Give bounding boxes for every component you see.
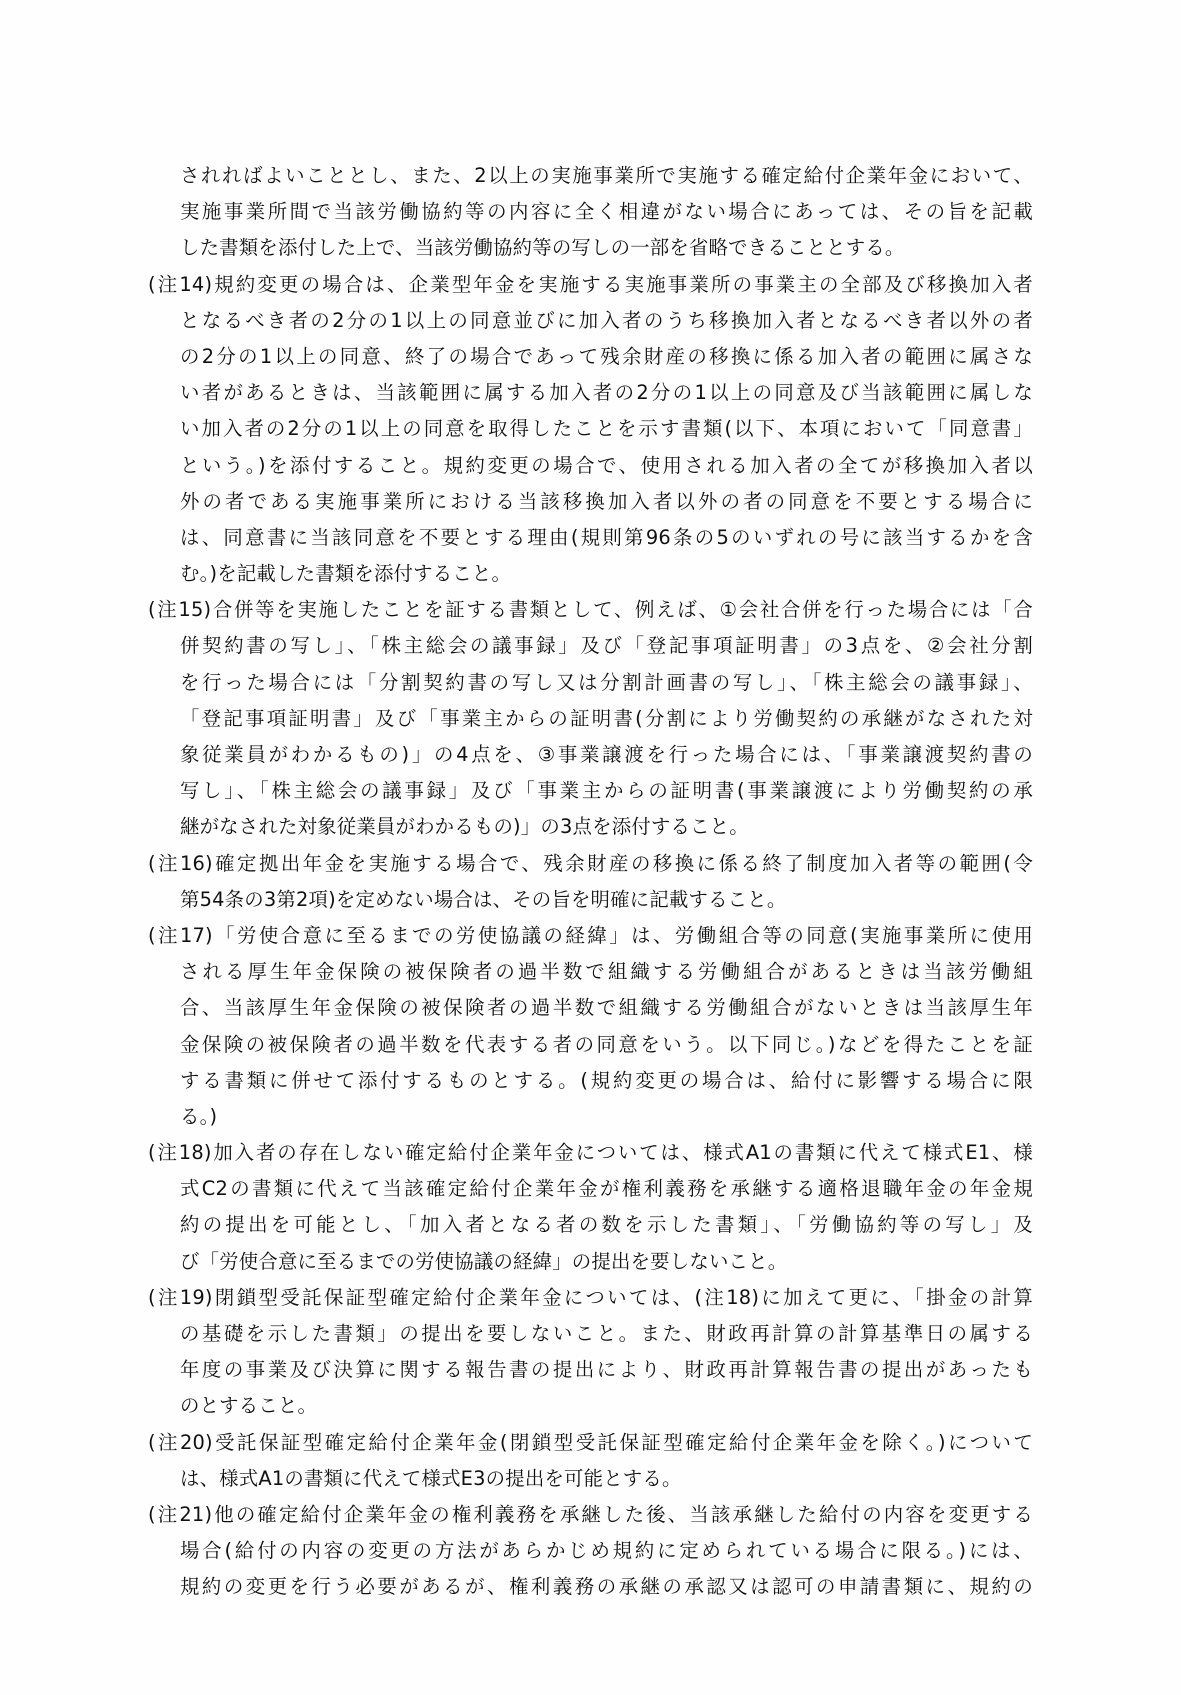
text-line: 実施事業所間で当該労働協約等の内容に全く相違がない場合にあっては、その旨を記載 bbox=[148, 194, 1033, 230]
note-14: (注14)規約変更の場合は、企業型年金を実施する実施事業所の事業主の全部及び移換… bbox=[148, 267, 1033, 593]
note-label: (注19) bbox=[148, 1286, 213, 1309]
note-text: 確定拠出年金を実施する場合で、残余財産の移換に係る終了制度加入者等の範囲(令 bbox=[213, 852, 1033, 875]
text-line: の基礎を示した書類」の提出を要しないこと。また、財政再計算の計算基準日の属する bbox=[148, 1316, 1033, 1352]
text-line: 合、当該厚生年金保険の被保険者の過半数で組織する労働組合がないときは当該厚生年 bbox=[148, 990, 1033, 1026]
note-label: (注17) bbox=[148, 924, 213, 947]
text-line: という。)を添付すること。規約変更の場合で、使用される加入者の全てが移換加入者以 bbox=[148, 448, 1033, 484]
text-line: 第54条の3第2項)を定めない場合は、その旨を明確に記載すること。 bbox=[148, 882, 1033, 918]
note-first-line: (注20)受託保証型確定給付企業年金(閉鎖型受託保証型確定給付企業年金を除く。)… bbox=[148, 1425, 1033, 1461]
text-line: は、様式A1の書類に代えて様式E3の提出を可能とする。 bbox=[148, 1461, 1033, 1497]
text-line: する書類に併せて添付するものとする。(規約変更の場合は、給付に影響する場合に限 bbox=[148, 1063, 1033, 1099]
text-line: される厚生年金保険の被保険者の過半数で組織する労働組合があるときは当該労働組 bbox=[148, 954, 1033, 990]
text-line: 併契約書の写し」、「株主総会の議事録」及び「登記事項証明書」の3点を、②会社分割 bbox=[148, 628, 1033, 664]
text-line: 「登記事項証明書」及び「事業主からの証明書(分割により労働契約の承継がなされた対 bbox=[148, 701, 1033, 737]
note-18: (注18)加入者の存在しない確定給付企業年金については、様式A1の書類に代えて様… bbox=[148, 1135, 1033, 1280]
note-label: (注15) bbox=[148, 598, 211, 621]
text-line: 金保険の被保険者の過半数を代表する者の同意をいう。以下同じ。)などを得たことを証 bbox=[148, 1027, 1033, 1063]
note-21: (注21)他の確定給付企業年金の権利義務を承継した後、当該承継した給付の内容を変… bbox=[148, 1497, 1033, 1606]
text-line: 外の者である実施事業所における当該移換加入者以外の者の同意を不要とする場合に bbox=[148, 484, 1033, 520]
text-line: を行った場合には「分割契約書の写し又は分割計画書の写し」、「株主総会の議事録」、 bbox=[148, 665, 1033, 701]
note-first-line: (注15)合併等を実施したことを証する書類として、例えば、①会社合併を行った場合… bbox=[148, 592, 1033, 628]
note-label: (注18) bbox=[148, 1141, 212, 1164]
text-line: 約の提出を可能とし、「加入者となる者の数を示した書類」、「労働協約等の写し」及 bbox=[148, 1207, 1033, 1243]
text-line: い者があるときは、当該範囲に属する加入者の2分の1以上の同意及び当該範囲に属しな bbox=[148, 375, 1033, 411]
text-line: 場合(給付の内容の変更の方法があらかじめ規約に定められている場合に限る。)には、 bbox=[148, 1533, 1033, 1569]
text-line: は、同意書に当該同意を不要とする理由(規則第96条の5のいずれの号に該当するかを… bbox=[148, 520, 1033, 556]
text-line: び「労使合意に至るまでの労使協議の経緯」の提出を要しないこと。 bbox=[148, 1244, 1033, 1280]
note-label: (注21) bbox=[148, 1503, 212, 1526]
note-20: (注20)受託保証型確定給付企業年金(閉鎖型受託保証型確定給付企業年金を除く。)… bbox=[148, 1425, 1033, 1497]
text-line: る。) bbox=[148, 1099, 1033, 1135]
text-line: 象従業員がわかるもの)」の4点を、③事業譲渡を行った場合には、「事業譲渡契約書の bbox=[148, 737, 1033, 773]
text-line: の2分の1以上の同意、終了の場合であって残余財産の移換に係る加入者の範囲に属さな bbox=[148, 339, 1033, 375]
note-text: 合併等を実施したことを証する書類として、例えば、①会社合併を行った場合には「合 bbox=[211, 598, 1033, 621]
text-line: 年度の事業及び決算に関する報告書の提出により、財政再計算報告書の提出があったも bbox=[148, 1352, 1033, 1388]
note-text: 他の確定給付企業年金の権利義務を承継した後、当該承継した給付の内容を変更する bbox=[212, 1503, 1033, 1526]
note-label: (注16) bbox=[148, 852, 213, 875]
note-16: (注16)確定拠出年金を実施する場合で、残余財産の移換に係る終了制度加入者等の範… bbox=[148, 846, 1033, 918]
text-line: となるべき者の2分の1以上の同意並びに加入者のうち移換加入者となるべき者以外の者 bbox=[148, 303, 1033, 339]
text-line: い加入者の2分の1以上の同意を取得したことを示す書類(以下、本項において「同意書… bbox=[148, 411, 1033, 447]
text-line: 式C2の書類に代えて当該確定給付企業年金が権利義務を承継する適格退職年金の年金規 bbox=[148, 1171, 1033, 1207]
note-first-line: (注16)確定拠出年金を実施する場合で、残余財産の移換に係る終了制度加入者等の範… bbox=[148, 846, 1033, 882]
note-first-line: (注21)他の確定給付企業年金の権利義務を承継した後、当該承継した給付の内容を変… bbox=[148, 1497, 1033, 1533]
continuation-paragraph: されればよいこととし、また、2以上の実施事業所で実施する確定給付企業年金において… bbox=[148, 158, 1033, 267]
note-first-line: (注14)規約変更の場合は、企業型年金を実施する実施事業所の事業主の全部及び移換… bbox=[148, 267, 1033, 303]
note-17: (注17)「労使合意に至るまでの労使協議の経緯」は、労働組合等の同意(実施事業所… bbox=[148, 918, 1033, 1135]
text-line: のとすること。 bbox=[148, 1388, 1033, 1424]
text-line: 写し」、「株主総会の議事録」及び「事業主からの証明書(事業譲渡により労働契約の承 bbox=[148, 773, 1033, 809]
note-text: 閉鎖型受託保証型確定給付企業年金については、(注18)に加えて更に、「掛金の計算 bbox=[213, 1286, 1033, 1309]
note-first-line: (注17)「労使合意に至るまでの労使協議の経緯」は、労働組合等の同意(実施事業所… bbox=[148, 918, 1033, 954]
note-first-line: (注19)閉鎖型受託保証型確定給付企業年金については、(注18)に加えて更に、「… bbox=[148, 1280, 1033, 1316]
text-line: む。)を記載した書類を添付すること。 bbox=[148, 556, 1033, 592]
note-text: 加入者の存在しない確定給付企業年金については、様式A1の書類に代えて様式E1、様 bbox=[212, 1141, 1033, 1164]
note-label: (注20) bbox=[148, 1431, 213, 1454]
text-line: した書類を添付した上で、当該労働協約等の写しの一部を省略できることとする。 bbox=[148, 230, 1033, 266]
note-text: 受託保証型確定給付企業年金(閉鎖型受託保証型確定給付企業年金を除く。)について bbox=[213, 1431, 1033, 1454]
text-line: されればよいこととし、また、2以上の実施事業所で実施する確定給付企業年金において… bbox=[148, 158, 1033, 194]
note-label: (注14) bbox=[148, 273, 212, 296]
document-page: されればよいこととし、また、2以上の実施事業所で実施する確定給付企業年金において… bbox=[148, 158, 1033, 1606]
note-15: (注15)合併等を実施したことを証する書類として、例えば、①会社合併を行った場合… bbox=[148, 592, 1033, 845]
text-line: 規約の変更を行う必要があるが、権利義務の承継の承認又は認可の申請書類に、規約の bbox=[148, 1569, 1033, 1605]
text-line: 継がなされた対象従業員がわかるもの)」の3点を添付すること。 bbox=[148, 809, 1033, 845]
note-text: 「労使合意に至るまでの労使協議の経緯」は、労働組合等の同意(実施事業所に使用 bbox=[213, 924, 1033, 947]
note-text: 規約変更の場合は、企業型年金を実施する実施事業所の事業主の全部及び移換加入者 bbox=[212, 273, 1033, 296]
note-19: (注19)閉鎖型受託保証型確定給付企業年金については、(注18)に加えて更に、「… bbox=[148, 1280, 1033, 1425]
note-first-line: (注18)加入者の存在しない確定給付企業年金については、様式A1の書類に代えて様… bbox=[148, 1135, 1033, 1171]
